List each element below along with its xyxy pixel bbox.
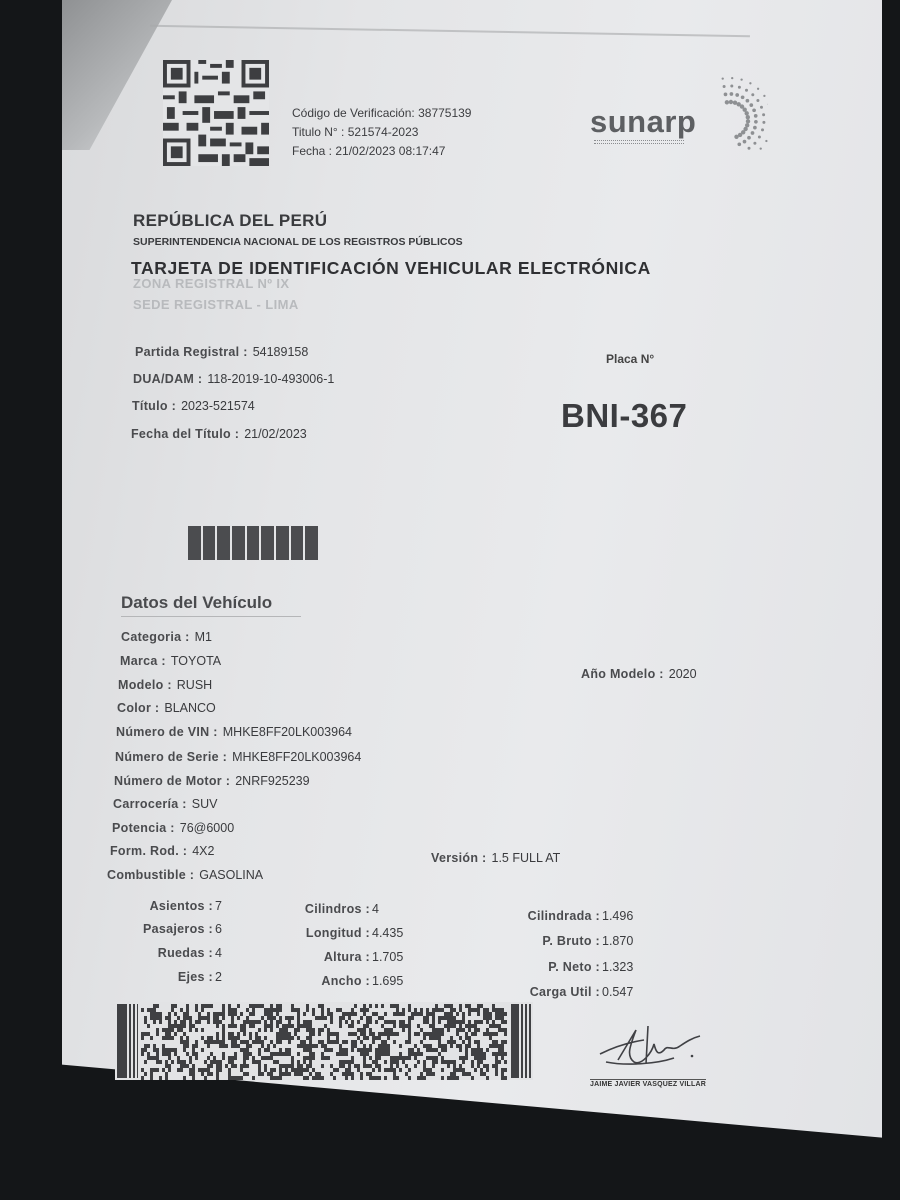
spec-field: Cilindrada : <box>528 909 600 923</box>
zona-registral: ZONA REGISTRAL Nº IX <box>133 276 289 291</box>
spec-field: Altura : <box>324 950 370 964</box>
vehicle-field: Combustible :GASOLINA <box>107 868 263 882</box>
vehicle-section-title: Datos del Vehículo <box>121 593 272 613</box>
spec-value: 4.435 <box>372 926 403 940</box>
spec-value: 1.705 <box>372 950 403 964</box>
spec-value: 1.870 <box>602 934 633 948</box>
spec-field: P. Bruto : <box>542 934 600 948</box>
spec-field: Ejes : <box>178 970 213 984</box>
barcode-icon <box>188 526 318 560</box>
vehicle-field: Número de Serie :MHKE8FF20LK003964 <box>115 750 361 764</box>
spec-field: P. Neto : <box>548 960 600 974</box>
sede-registral: SEDE REGISTRAL - LIMA <box>133 297 299 312</box>
logo-text: sunarp <box>590 104 696 140</box>
vehicle-field: Número de VIN :MHKE8FF20LK003964 <box>116 725 352 739</box>
fecha-label: Fecha : <box>292 144 332 158</box>
spec-field: Asientos : <box>150 899 213 913</box>
spec-field: Pasajeros : <box>143 922 213 936</box>
plate-number: BNI-367 <box>561 397 687 435</box>
vehicle-field: Color :BLANCO <box>117 701 216 715</box>
plate-label: Placa N° <box>606 352 654 366</box>
country-heading: REPÚBLICA DEL PERÚ <box>133 211 327 231</box>
spec-value: 1.695 <box>372 974 403 988</box>
qr-code-icon <box>162 60 270 166</box>
spec-value: 4 <box>372 902 379 916</box>
version: Versión :1.5 FULL AT <box>431 851 560 865</box>
titulo-label: Titulo N° : <box>292 125 344 139</box>
spec-field: Ancho : <box>321 974 370 988</box>
spec-field: Carga Util : <box>530 985 600 999</box>
spec-value: 4 <box>215 946 222 960</box>
spec-value: 0.547 <box>602 985 633 999</box>
verification-code: 38775139 <box>418 106 471 120</box>
verification-code-label: Código de Verificación: <box>292 106 415 120</box>
vehicle-field: Categoria :M1 <box>121 630 212 644</box>
verification-block: Código de Verificación: 38775139 Titulo … <box>292 104 471 161</box>
spec-value: 1.323 <box>602 960 633 974</box>
titulo: Título :2023-521574 <box>132 399 255 413</box>
logo-subtitle <box>594 140 684 144</box>
pdf417-barcode-icon <box>115 1002 533 1080</box>
spec-field: Longitud : <box>306 926 370 940</box>
fecha-value: 21/02/2023 08:17:47 <box>335 144 445 158</box>
vehicle-field: Marca :TOYOTA <box>120 654 221 668</box>
vehicle-field: Potencia :76@6000 <box>112 821 234 835</box>
anio-modelo: Año Modelo :2020 <box>581 667 697 681</box>
spec-value: 2 <box>215 970 222 984</box>
titulo-number: 521574-2023 <box>348 125 419 139</box>
partida-registral: Partida Registral :54189158 <box>135 345 308 359</box>
vehicle-field: Carrocería :SUV <box>113 797 217 811</box>
dua-dam: DUA/DAM :118-2019-10-493006-1 <box>133 372 334 386</box>
document-paper <box>62 0 882 1140</box>
signer-name: JAIME JAVIER VASQUEZ VILLAR <box>590 1079 706 1088</box>
sunarp-logo: sunarp <box>588 70 768 150</box>
spec-field: Ruedas : <box>158 946 213 960</box>
spec-value: 1.496 <box>602 909 633 923</box>
vehicle-field: Modelo :RUSH <box>118 678 212 692</box>
signature-icon <box>596 1022 706 1070</box>
fecha-titulo: Fecha del Título :21/02/2023 <box>131 427 307 441</box>
spec-value: 7 <box>215 899 222 913</box>
vehicle-field: Número de Motor :2NRF925239 <box>114 774 310 788</box>
spec-value: 6 <box>215 922 222 936</box>
section-divider <box>121 616 301 617</box>
vehicle-field: Form. Rod. :4X2 <box>110 844 214 858</box>
agency-heading: SUPERINTENDENCIA NACIONAL DE LOS REGISTR… <box>133 236 463 248</box>
spec-field: Cilindros : <box>305 902 370 916</box>
